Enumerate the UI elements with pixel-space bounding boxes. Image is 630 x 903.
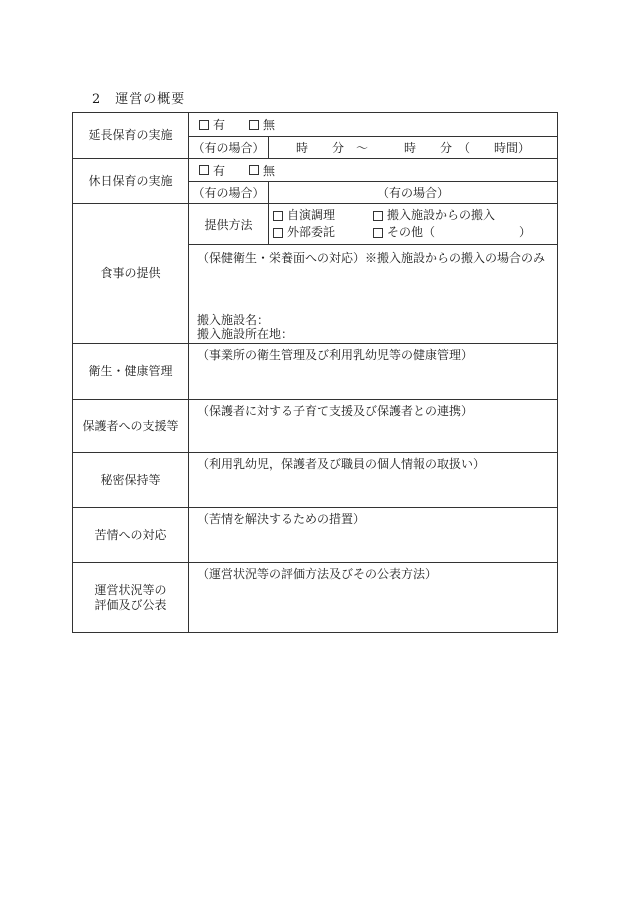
row-label-extended-care: 延長保育の実施 — [73, 113, 189, 159]
checkbox-meal-carry-in[interactable]: 搬入施設からの搬入 — [373, 207, 495, 224]
holiday-care-case-field: （有の場合） — [269, 182, 558, 204]
holiday-care-case-label: （有の場合） — [189, 182, 269, 204]
checkbox-meal-self-cooking[interactable]: 自演調理 — [273, 207, 349, 224]
meal-note: （保健衛生・栄養面への対応）※搬入施設からの搬入の場合のみ — [197, 249, 551, 266]
checkbox-label: 有 — [213, 116, 225, 133]
checkbox-label: 無 — [263, 116, 275, 133]
section-title: 2 運営の概要 — [92, 88, 185, 107]
meal-method-label: 提供方法 — [189, 204, 269, 245]
checkbox-icon — [249, 165, 259, 175]
confidentiality-note-cell: （利用乳幼児，保護者及び職員の個人情報の取扱い） — [189, 453, 558, 508]
checkbox-label: 有 — [213, 162, 225, 179]
evaluation-note-cell: （運営状況等の評価方法及びその公表方法） — [189, 563, 558, 633]
row-label-confidentiality: 秘密保持等 — [73, 453, 189, 508]
checkbox-label: 無 — [263, 162, 275, 179]
checkbox-label: 外部委託 — [287, 224, 335, 241]
checkbox-meal-outsourced[interactable]: 外部委託 — [273, 224, 349, 241]
checkbox-icon — [249, 120, 259, 130]
meal-method-options-cell: 自演調理 搬入施設からの搬入 外部委託 — [269, 204, 558, 245]
support-note-cell: （保護者に対する子育て支援及び保護者との連携） — [189, 400, 558, 453]
checkbox-icon — [199, 165, 209, 175]
meal-note-cell: （保健衛生・栄養面への対応）※搬入施設からの搬入の場合のみ 搬入施設名： 搬入施… — [189, 245, 558, 344]
operations-overview-table: 延長保育の実施 有 無 （有の場合） 時 分 ～ 時 分 （ 時間） — [72, 112, 558, 633]
evaluation-label-line1: 運営状況等の — [73, 583, 188, 598]
checkbox-label: 自演調理 — [287, 207, 335, 224]
checkbox-icon — [373, 211, 383, 221]
checkbox-holiday-yes[interactable]: 有 — [199, 162, 225, 179]
row-label-holiday-care: 休日保育の実施 — [73, 159, 189, 204]
extended-care-case-label: （有の場合） — [189, 137, 269, 159]
row-label-meal: 食事の提供 — [73, 204, 189, 344]
extended-care-availability-cell: 有 無 — [189, 113, 558, 137]
other-close-paren: ） — [519, 224, 531, 241]
extended-care-time-field: 時 分 ～ 時 分 （ 時間） — [269, 137, 558, 159]
row-label-hygiene: 衛生・健康管理 — [73, 344, 189, 400]
holiday-care-availability-cell: 有 無 — [189, 159, 558, 182]
complaint-note-cell: （苦情を解決するための措置） — [189, 508, 558, 563]
checkbox-label: その他（ — [387, 224, 435, 241]
row-label-evaluation: 運営状況等の 評価及び公表 — [73, 563, 189, 633]
evaluation-label-line2: 評価及び公表 — [73, 598, 188, 613]
checkbox-label: 搬入施設からの搬入 — [387, 207, 495, 224]
facility-address-label: 搬入施設所在地： — [197, 328, 551, 342]
checkbox-holiday-no[interactable]: 無 — [249, 162, 275, 179]
row-label-support: 保護者への支援等 — [73, 400, 189, 453]
checkbox-meal-other[interactable]: その他（ — [373, 224, 435, 241]
checkbox-extended-no[interactable]: 無 — [249, 116, 275, 133]
checkbox-extended-yes[interactable]: 有 — [199, 116, 225, 133]
checkbox-icon — [273, 211, 283, 221]
hygiene-note-cell: （事業所の衛生管理及び利用乳幼児等の健康管理） — [189, 344, 558, 400]
checkbox-icon — [373, 228, 383, 238]
checkbox-icon — [273, 228, 283, 238]
checkbox-icon — [199, 120, 209, 130]
row-label-complaint: 苦情への対応 — [73, 508, 189, 563]
document-page: 2 運営の概要 延長保育の実施 有 無 （有の場合） — [0, 0, 630, 903]
